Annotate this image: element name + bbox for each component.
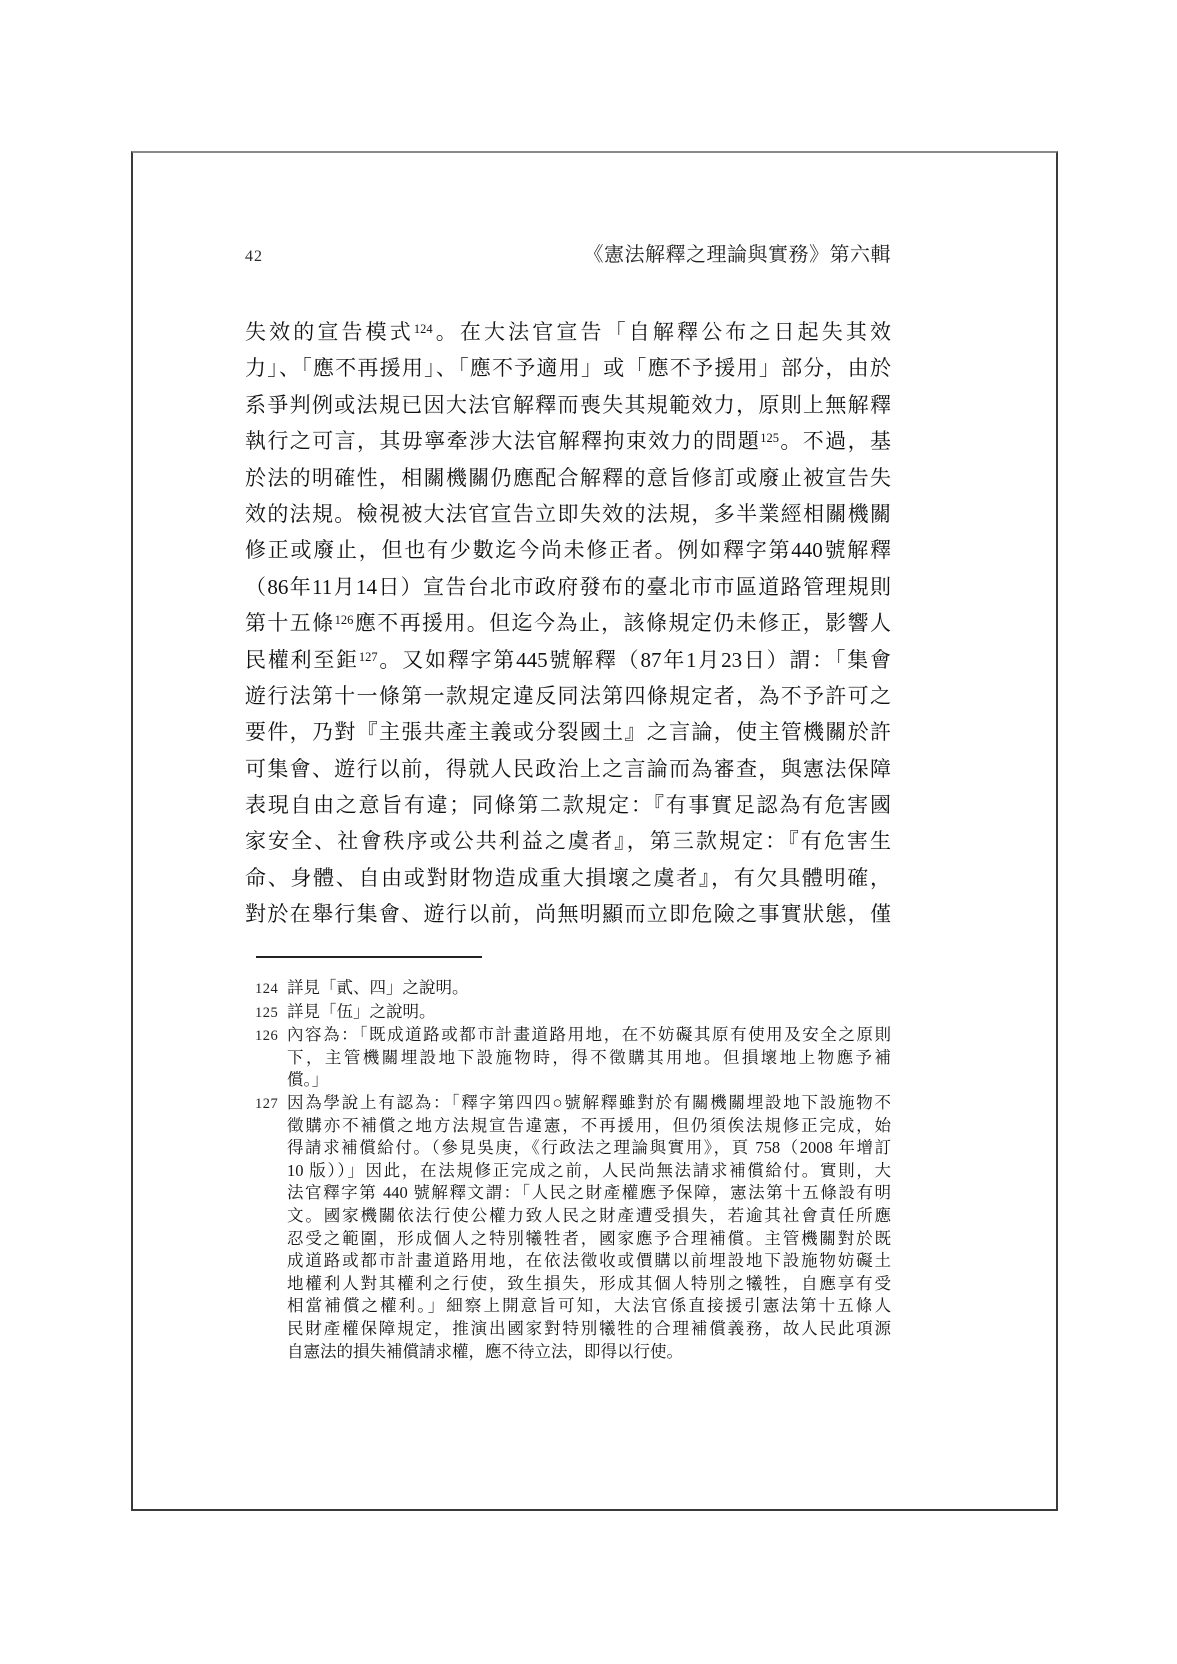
body-line: 可集會、遊行以前，得就人民政治上之言論而為審查，與憲法保障 <box>245 751 891 787</box>
footnote-ref: 126 <box>335 613 354 627</box>
footnote-number: 127 <box>255 1092 287 1116</box>
footnote-line: 徵購亦不補償之地方法規宣告違憲，不再援用，但仍須俟法規修正完成，始 <box>287 1115 891 1138</box>
body-line: 家安全、社會秩序或公共利益之虞者』，第三款規定：『有危害生 <box>245 823 891 859</box>
footnote-number: 124 <box>255 977 287 1001</box>
footnote-item: 126內容為：「既成道路或都市計畫道路用地，在不妨礙其原有使用及安全之原則下，主… <box>255 1024 891 1092</box>
footnote-separator <box>256 956 482 958</box>
body-text: 失效的宣告模式124。在大法官宣告「自解釋公布之日起失其效力」、「應不再援用」、… <box>245 314 891 933</box>
body-line: 效的法規。檢視被大法官宣告立即失效的法規，多半業經相關機關 <box>245 496 891 532</box>
footnote-ref: 125 <box>760 431 779 445</box>
footnote-line: 自憲法的損失補償請求權，應不待立法，即得以行使。 <box>287 1341 891 1364</box>
body-line: 系爭判例或法規已因大法官解釋而喪失其規範效力，原則上無解釋 <box>245 387 891 423</box>
body-line: 力」、「應不再援用」、「應不予適用」或「應不予援用」部分，由於 <box>245 350 891 386</box>
body-line: 執行之可言，其毋寧牽涉大法官解釋拘束效力的問題125。不過，基 <box>245 423 891 459</box>
body-line: 遊行法第十一條第一款規定違反同法第四條規定者，為不予許可之 <box>245 678 891 714</box>
footnote-line: 相當補償之權利。」細察上開意旨可知，大法官係直接援引憲法第十五條人 <box>287 1295 891 1318</box>
header-title: 《憲法解釋之理論與實務》第六輯 <box>584 238 892 267</box>
footnote-ref: 127 <box>359 650 378 664</box>
footnote-line: 民財產權保障規定，推演出國家對特別犧牲的合理補償義務，故人民此項源 <box>287 1318 891 1341</box>
footnote-item: 127因為學說上有認為：「釋字第四四○號解釋雖對於有關機關埋設地下設施物不徵購亦… <box>255 1092 891 1363</box>
body-line: 對於在舉行集會、遊行以前，尚無明顯而立即危險之事實狀態，僅 <box>245 896 891 932</box>
body-line: 表現自由之意旨有違；同條第二款規定：『有事實足認為有危害國 <box>245 787 891 823</box>
body-line: 第十五條126應不再援用。但迄今為止，該條規定仍未修正，影響人 <box>245 605 891 641</box>
body-line: 命、身體、自由或對財物造成重大損壞之虞者』，有欠具體明確， <box>245 860 891 896</box>
body-line: 失效的宣告模式124。在大法官宣告「自解釋公布之日起失其效 <box>245 314 891 350</box>
footnote-line: 成道路或都市計畫道路用地，在依法徵收或價購以前埋設地下設施物妨礙土 <box>287 1250 891 1273</box>
footnote-item: 125詳見「伍」之說明。 <box>255 1001 891 1025</box>
footnote-text: 詳見「伍」之說明。 <box>287 1001 891 1024</box>
footnote-text: 內容為：「既成道路或都市計畫道路用地，在不妨礙其原有使用及安全之原則下，主管機關… <box>287 1024 891 1092</box>
body-line: （86年11月14日）宣告台北市政府發布的臺北市市區道路管理規則 <box>245 569 891 605</box>
body-line: 民權利至鉅127。又如釋字第445號解釋（87年1月23日）謂：「集會 <box>245 642 891 678</box>
page-number: 42 <box>245 248 263 266</box>
footnote-text: 詳見「貳、四」之說明。 <box>287 977 891 1000</box>
footnote-line: 償。」 <box>287 1069 891 1092</box>
footnote-line: 得請求補償給付。（參見吳庚，《行政法之理論與實用》，頁 758（2008 年增訂 <box>287 1137 891 1160</box>
body-line: 於法的明確性，相關機關仍應配合解釋的意旨修訂或廢止被宣告失 <box>245 460 891 496</box>
footnote-line: 詳見「貳、四」之說明。 <box>287 977 891 1000</box>
body-line: 要件，乃對『主張共產主義或分裂國土』之言論，使主管機關於許 <box>245 714 891 750</box>
footnotes: 124詳見「貳、四」之說明。125詳見「伍」之說明。126內容為：「既成道路或都… <box>255 977 891 1363</box>
footnote-line: 內容為：「既成道路或都市計畫道路用地，在不妨礙其原有使用及安全之原則 <box>287 1024 891 1047</box>
page-header: 42 《憲法解釋之理論與實務》第六輯 <box>245 238 891 268</box>
footnote-line: 詳見「伍」之說明。 <box>287 1001 891 1024</box>
footnote-number: 125 <box>255 1001 287 1025</box>
footnote-ref: 124 <box>414 322 433 336</box>
footnote-line: 因為學說上有認為：「釋字第四四○號解釋雖對於有關機關埋設地下設施物不 <box>287 1092 891 1115</box>
footnote-line: 忍受之範圍，形成個人之特別犧牲者，國家應予合理補償。主管機關對於既 <box>287 1228 891 1251</box>
footnote-number: 126 <box>255 1024 287 1048</box>
footnote-line: 文。國家機關依法行使公權力致人民之財產遭受損失，若逾其社會責任所應 <box>287 1205 891 1228</box>
footnote-line: 法官釋字第 440 號解釋文謂：「人民之財產權應予保障，憲法第十五條設有明 <box>287 1182 891 1205</box>
footnote-line: 下，主管機關埋設地下設施物時，得不徵購其用地。但損壞地上物應予補 <box>287 1047 891 1070</box>
body-line: 修正或廢止，但也有少數迄今尚未修正者。例如釋字第440號解釋 <box>245 532 891 568</box>
footnote-line: 10 版））」因此，在法規修正完成之前，人民尚無法請求補償給付。實則，大 <box>287 1160 891 1183</box>
footnote-text: 因為學說上有認為：「釋字第四四○號解釋雖對於有關機關埋設地下設施物不徵購亦不補償… <box>287 1092 891 1363</box>
footnote-item: 124詳見「貳、四」之說明。 <box>255 977 891 1001</box>
footnote-line: 地權利人對其權利之行使，致生損失，形成其個人特別之犧牲，自應享有受 <box>287 1273 891 1296</box>
